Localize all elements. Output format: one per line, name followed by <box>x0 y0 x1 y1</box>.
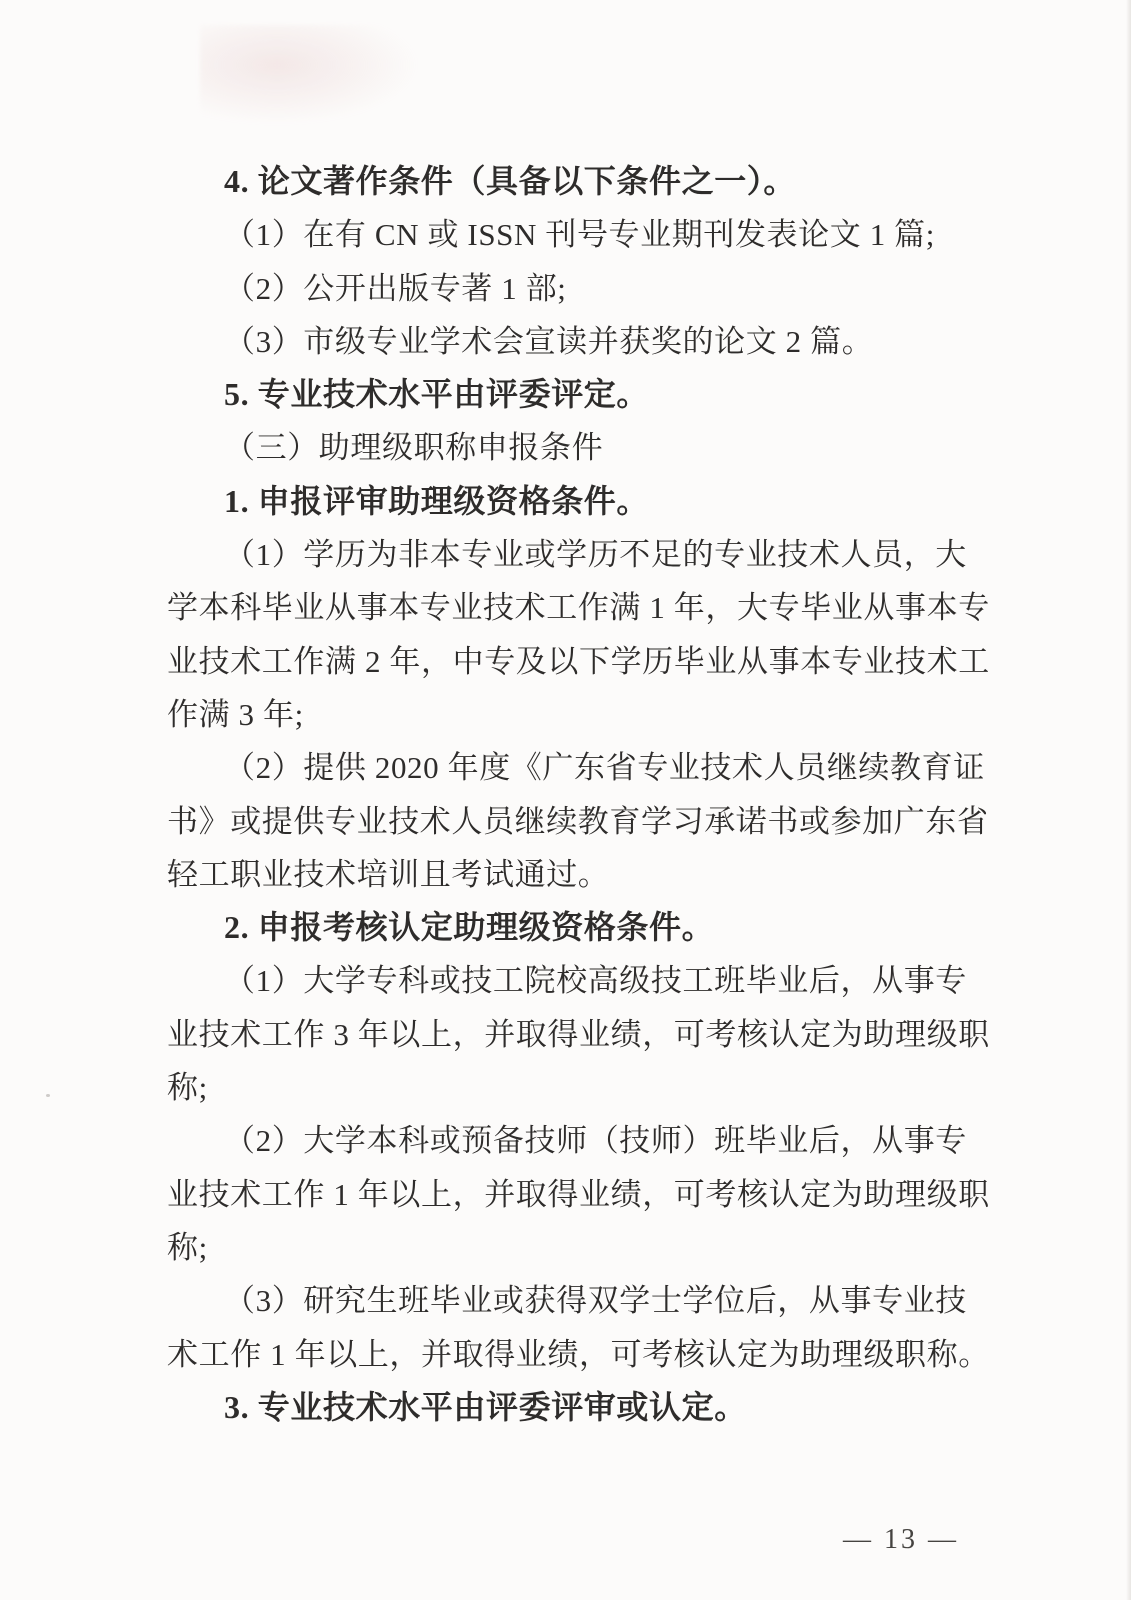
document-body: 4. 论文著作条件（具备以下条件之一）。（1）在有 CN 或 ISSN 刊号专业… <box>167 155 982 1434</box>
text-line: （1）大学专科或技工院校高级技工班毕业后，从事专 <box>167 954 982 1007</box>
heading-line: 3. 专业技术水平由评委评审或认定。 <box>167 1381 982 1434</box>
text-line: 学本科毕业从事本专业技术工作满 1 年，大专毕业从事本专 <box>167 581 982 634</box>
text-line: （2）提供 2020 年度《广东省专业技术人员继续教育证 <box>167 741 982 794</box>
text-line: （3）研究生班毕业或获得双学士学位后，从事专业技 <box>167 1274 982 1327</box>
text-line: 业技术工作 3 年以上，并取得业绩，可考核认定为助理级职 <box>167 1008 982 1061</box>
scan-smudge-artifact <box>200 25 420 125</box>
text-line: 轻工职业技术培训且考试通过。 <box>167 848 982 901</box>
text-line: 业技术工作 1 年以上，并取得业绩，可考核认定为助理级职 <box>167 1168 982 1221</box>
heading-line: 4. 论文著作条件（具备以下条件之一）。 <box>167 155 982 208</box>
text-line: 书》或提供专业技术人员继续教育学习承诺书或参加广东省 <box>167 795 982 848</box>
text-line: 作满 3 年; <box>167 688 982 741</box>
text-line: 称; <box>167 1061 982 1114</box>
text-line: （2）大学本科或预备技师（技师）班毕业后，从事专 <box>167 1114 982 1167</box>
scan-speck-artifact <box>46 1094 50 1097</box>
scanned-document-page: 4. 论文著作条件（具备以下条件之一）。（1）在有 CN 或 ISSN 刊号专业… <box>0 0 1131 1600</box>
text-line: （1）在有 CN 或 ISSN 刊号专业期刊发表论文 1 篇; <box>167 208 982 261</box>
heading-line: 5. 专业技术水平由评委评定。 <box>167 368 982 421</box>
text-line: （三）助理级职称申报条件 <box>167 421 982 474</box>
text-line: （2）公开出版专著 1 部; <box>167 262 982 315</box>
text-line: 称; <box>167 1221 982 1274</box>
heading-line: 1. 申报评审助理级资格条件。 <box>167 475 982 528</box>
text-line: （3）市级专业学术会宣读并获奖的论文 2 篇。 <box>167 315 982 368</box>
scan-edge-shadow <box>1126 0 1131 1600</box>
text-line: 术工作 1 年以上，并取得业绩，可考核认定为助理级职称。 <box>167 1328 982 1381</box>
text-line: 业技术工作满 2 年，中专及以下学历毕业从事本专业技术工 <box>167 635 982 688</box>
page-number: — 13 — <box>843 1524 959 1556</box>
text-line: （1）学历为非本专业或学历不足的专业技术人员，大 <box>167 528 982 581</box>
heading-line: 2. 申报考核认定助理级资格条件。 <box>167 901 982 954</box>
